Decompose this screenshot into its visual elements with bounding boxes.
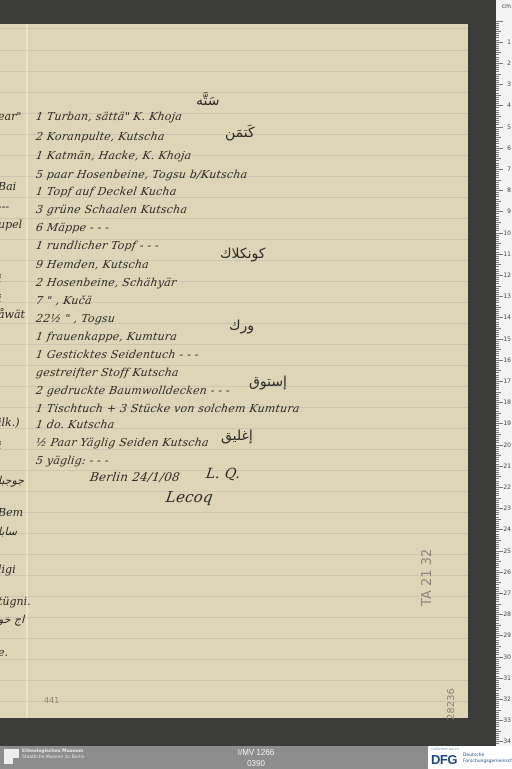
ruler-tick	[496, 52, 501, 53]
ruler-tick	[496, 517, 499, 518]
ruler-number: 27	[503, 590, 511, 597]
ruler-number: 11	[503, 251, 511, 258]
inventory-line: 1 Tischtuch + 3 Stücke von solchem Kumtu…	[35, 402, 300, 415]
ruler-tick	[496, 606, 499, 607]
ruler-tick	[496, 485, 499, 486]
ruler-tick	[496, 296, 503, 297]
ruler-tick	[496, 657, 503, 658]
ruler-tick	[496, 527, 499, 528]
ruler-tick	[496, 451, 499, 452]
ruler-tick	[496, 368, 499, 369]
ruler-tick	[496, 313, 499, 314]
pencil-page-number: 441	[44, 696, 59, 705]
ruler-tick	[496, 589, 499, 590]
ruler-tick	[496, 160, 499, 161]
ruler-tick	[496, 635, 503, 636]
ruler-number: 17	[503, 378, 511, 385]
ruler-tick	[496, 743, 499, 744]
ruler-tick	[496, 247, 499, 248]
ruler-tick	[496, 423, 503, 424]
ruler-tick	[496, 739, 499, 740]
ruler-tick	[496, 705, 499, 706]
ruler-tick	[496, 264, 501, 265]
ruler-tick	[496, 436, 499, 437]
ruler-tick	[496, 735, 499, 736]
ruler-tick	[496, 697, 499, 698]
ruler-tick	[496, 286, 501, 287]
ruler-tick	[496, 425, 499, 426]
ruler-tick	[496, 324, 499, 325]
ruler-tick	[496, 355, 499, 356]
funder-label: Gefördert durch	[431, 747, 459, 751]
ruler-tick	[496, 506, 499, 507]
inventory-line: 6 Mäppe - - -	[35, 221, 110, 234]
ruler-tick	[496, 726, 499, 727]
ruler-tick	[496, 620, 499, 621]
ruler-tick	[496, 207, 499, 208]
ruler-tick	[496, 127, 503, 128]
ruler-tick	[496, 129, 499, 130]
ruler-tick	[496, 415, 499, 416]
ruler-number: 34	[503, 738, 511, 745]
ruler-number: 18	[503, 399, 511, 406]
ruler-tick	[496, 413, 501, 414]
ruler-tick	[496, 345, 499, 346]
ruler-tick	[496, 328, 501, 329]
ruler-tick	[496, 194, 499, 195]
ruler-tick	[496, 504, 499, 505]
left-margin-fragment: i	[0, 292, 2, 305]
ruler-tick	[496, 277, 499, 278]
ruler-tick	[496, 733, 499, 734]
ruler-tick	[496, 230, 499, 231]
ruler-number: 12	[503, 272, 511, 279]
ruler-tick	[496, 442, 499, 443]
ruler-tick	[496, 358, 499, 359]
ruler-tick	[496, 633, 499, 634]
ruler-tick	[496, 604, 501, 605]
ruler-tick	[496, 525, 499, 526]
ruler-tick	[496, 718, 499, 719]
ruler-unit-label: cm	[502, 3, 511, 10]
ruler-tick	[496, 468, 499, 469]
ruler-tick	[496, 731, 501, 732]
left-margin-fragment: ligi	[0, 563, 16, 576]
ruler-tick	[496, 608, 499, 609]
ruler-tick	[496, 112, 499, 113]
ruler-tick	[496, 334, 499, 335]
ruler-tick	[496, 453, 499, 454]
ruler-tick	[496, 288, 499, 289]
museum-logo-icon	[4, 749, 19, 764]
pencil-reference: TA 21 32	[420, 549, 435, 606]
ruler-tick	[496, 631, 499, 632]
document-page: ear"Bai---upeliiåwätilk.)iجوجباBemساباli…	[0, 24, 468, 718]
ruler-tick	[496, 419, 499, 420]
ruler-number: 19	[503, 420, 511, 427]
ruler-tick	[496, 317, 503, 318]
ruler-tick	[496, 661, 499, 662]
ruler-tick	[496, 82, 499, 83]
ruler-tick	[496, 667, 501, 668]
ruler-tick	[496, 665, 499, 666]
ruler-tick	[496, 182, 499, 183]
ruler-tick	[496, 699, 503, 700]
ruler-tick	[496, 309, 499, 310]
ruler-tick	[496, 336, 499, 337]
ruler-number: 6	[507, 145, 511, 152]
ruler-tick	[496, 597, 499, 598]
inventory-line: 2 Koranpulte, Kutscha	[35, 130, 165, 143]
left-margin-fragment: tügni.	[0, 595, 31, 608]
ruler-tick	[496, 31, 501, 32]
arabic-label: كَتمَن	[225, 125, 255, 141]
ruler-tick	[496, 59, 499, 60]
ruler-tick	[496, 523, 499, 524]
ruler-tick	[496, 720, 503, 721]
ruler-tick	[496, 557, 499, 558]
ruler-tick	[496, 417, 499, 418]
ruler-number: 26	[503, 569, 511, 576]
image-number: 0390	[200, 758, 312, 769]
ruler-tick	[496, 205, 499, 206]
ruler-number: 31	[503, 675, 511, 682]
ruler-tick	[496, 294, 499, 295]
ruler-tick	[496, 584, 499, 585]
ruler-tick	[496, 199, 499, 200]
ruler-tick	[496, 139, 499, 140]
signature-initials: L. Q.	[205, 466, 242, 482]
ruler-tick	[496, 438, 499, 439]
arabic-label: إغليق	[221, 428, 253, 444]
ruler-tick	[496, 476, 501, 477]
ruler-tick	[496, 688, 501, 689]
left-margin-fragment: i	[0, 439, 2, 452]
ruler-tick	[496, 629, 499, 630]
ruler-tick	[496, 46, 499, 47]
ruler-tick	[496, 722, 499, 723]
inventory-line: 2 gedruckte Baumwolldecken - - -	[35, 384, 231, 397]
ruler-tick	[496, 684, 499, 685]
ruler-tick	[496, 76, 499, 77]
ruler-tick	[496, 216, 499, 217]
ruler-tick	[496, 65, 499, 66]
footer-bar: Ethnologisches Museum Staatliche Museen …	[0, 746, 512, 769]
ruler-tick	[496, 37, 499, 38]
ruler-tick	[496, 156, 499, 157]
ruler-tick	[496, 440, 499, 441]
arabic-label: إستوق	[249, 374, 287, 390]
ruler-tick	[496, 703, 499, 704]
ruler-tick	[496, 175, 499, 176]
ruler-tick	[496, 118, 499, 119]
ruler-tick	[496, 353, 499, 354]
ruler-tick	[496, 239, 499, 240]
inventory-line: ½ Paar Yäglig Seiden Kutscha	[35, 436, 210, 449]
ruler-tick	[496, 625, 501, 626]
ruler-tick	[496, 61, 499, 62]
ruler-tick	[496, 201, 501, 202]
ruler-tick	[496, 258, 499, 259]
ruler-tick	[496, 116, 501, 117]
ruler-tick	[496, 71, 499, 72]
ruler-tick	[496, 326, 499, 327]
left-margin-fragment: اج خو	[0, 613, 24, 626]
ruler-tick	[496, 110, 499, 111]
ruler-tick	[496, 430, 499, 431]
ruler-tick	[496, 538, 499, 539]
ruler-tick	[496, 120, 499, 121]
ruler-tick	[496, 222, 501, 223]
inventory-line: 1 frauenkappe, Kumtura	[35, 330, 178, 343]
funder-name: Deutsche Forschungsgemeinschaft	[463, 753, 512, 764]
ruler-tick	[496, 544, 499, 545]
ruler-tick	[496, 693, 499, 694]
pencil-inventory-number: 28236	[446, 688, 457, 720]
ruler-tick	[496, 360, 503, 361]
ruler-tick	[496, 54, 499, 55]
museum-credit: Ethnologisches Museum Staatliche Museen …	[22, 749, 85, 761]
museum-subtitle: Staatliche Museen zu Berlin	[22, 755, 85, 761]
ruler-tick	[496, 627, 499, 628]
ruler-tick	[496, 534, 499, 535]
ruler-tick	[496, 411, 499, 412]
ruler-tick	[496, 553, 499, 554]
ruler-number: 32	[503, 696, 511, 703]
ruler-tick	[496, 642, 499, 643]
ruler-tick	[496, 389, 499, 390]
ruler-tick	[496, 500, 499, 501]
ruler-tick	[496, 366, 499, 367]
ruler-tick	[496, 235, 499, 236]
ruler-tick	[496, 343, 499, 344]
ruler-tick	[496, 254, 503, 255]
ruler-tick	[496, 673, 499, 674]
ruler-tick	[496, 646, 501, 647]
ruler-tick	[496, 616, 499, 617]
left-margin-fragment: ear"	[0, 110, 21, 123]
ruler-number: 29	[503, 632, 511, 639]
ruler-tick	[496, 455, 501, 456]
ruler-tick	[496, 97, 499, 98]
ruler-tick	[496, 319, 499, 320]
ruler-tick	[496, 489, 499, 490]
ruler-tick	[496, 531, 499, 532]
ruler-tick	[496, 302, 499, 303]
ruler-tick	[496, 400, 499, 401]
ruler-tick	[496, 292, 499, 293]
ruler-tick	[496, 710, 501, 711]
ruler-tick	[496, 152, 499, 153]
ruler-tick	[496, 90, 499, 91]
ruler-tick	[496, 421, 499, 422]
ruler-tick	[496, 23, 499, 24]
ruler-tick	[496, 663, 499, 664]
ruler-tick	[496, 186, 499, 187]
ruler-tick	[496, 680, 499, 681]
ruler-tick	[496, 135, 499, 136]
ruler-tick	[496, 305, 499, 306]
ruler-tick	[496, 487, 503, 488]
ruler-tick	[496, 379, 499, 380]
ruler-tick	[496, 737, 499, 738]
ruler-tick	[496, 74, 501, 75]
ruler-tick	[496, 351, 499, 352]
ruler-tick	[496, 114, 499, 115]
ruler-tick	[496, 63, 503, 64]
ruler-tick	[496, 404, 499, 405]
ruler-tick	[496, 572, 503, 573]
ruler-tick	[496, 315, 499, 316]
ruler-tick	[496, 678, 503, 679]
ruler-tick	[496, 86, 499, 87]
ruler-tick	[496, 741, 503, 742]
ruler-tick	[496, 241, 499, 242]
ruler-tick	[496, 654, 499, 655]
ruler-tick	[496, 48, 499, 49]
ruler-tick	[496, 237, 499, 238]
ruler-tick	[496, 449, 499, 450]
ruler-tick	[496, 447, 499, 448]
ruler-tick	[496, 548, 499, 549]
ruler-tick	[496, 228, 499, 229]
ruler-tick	[496, 593, 503, 594]
ruler-tick	[496, 464, 499, 465]
inventory-line: 1 Turban, sättä" K. Khoja	[35, 110, 183, 123]
ruler-tick	[496, 676, 499, 677]
inventory-number: I/MV 1266	[200, 747, 312, 758]
ruler-number: 10	[503, 230, 511, 237]
ruler-tick	[496, 349, 501, 350]
ruler-tick	[496, 614, 503, 615]
ruler-tick	[496, 582, 501, 583]
dfg-logo-icon: DFG	[431, 752, 457, 767]
ruler-tick	[496, 512, 499, 513]
ruler-tick	[496, 561, 501, 562]
ruler-tick	[496, 218, 499, 219]
ruler-tick	[496, 392, 501, 393]
ruler-tick	[496, 542, 499, 543]
ruler-tick	[496, 25, 499, 26]
ruler-tick	[496, 21, 503, 22]
ruler-tick	[496, 220, 499, 221]
ruler-number: 4	[507, 102, 511, 109]
ruler-tick	[496, 406, 499, 407]
ruler-tick	[496, 364, 499, 365]
ruler-number: 21	[503, 463, 511, 470]
ruler-tick	[496, 478, 499, 479]
ruler-tick	[496, 529, 503, 530]
ruler-tick	[496, 163, 499, 164]
ruler-tick	[496, 445, 503, 446]
ruler-tick	[496, 377, 499, 378]
ruler-tick	[496, 375, 499, 376]
inventory-line: 2 Hosenbeine, Schähyär	[35, 276, 177, 289]
ruler-tick	[496, 196, 499, 197]
ruler-number: 33	[503, 717, 511, 724]
ruler-tick	[496, 133, 499, 134]
inventory-line: 1 do. Kutscha	[35, 418, 115, 431]
ruler-tick	[496, 610, 499, 611]
ruler-tick	[496, 107, 499, 108]
ruler-tick	[496, 283, 499, 284]
scan-background: ear"Bai---upeliiåwätilk.)iجوجباBemساباli…	[0, 0, 496, 746]
ruler-tick	[496, 211, 503, 212]
left-margin-fragment: ---	[0, 200, 9, 213]
ruler-number: 24	[503, 526, 511, 533]
left-margin-fragment: e.	[0, 646, 8, 659]
signature-place-date: Berlin 24/1/08	[89, 470, 181, 484]
ruler-tick	[496, 396, 499, 397]
ruler-tick	[496, 555, 499, 556]
ruler-tick	[496, 570, 499, 571]
ruler-tick	[496, 669, 499, 670]
ruler-tick	[496, 290, 499, 291]
ruler-tick	[496, 466, 503, 467]
arabic-label: ورك	[229, 318, 254, 334]
ruler-tick	[496, 243, 501, 244]
image-identifier: I/MV 1266 0390	[200, 747, 312, 769]
ruler-tick	[496, 40, 499, 41]
ruler-tick	[496, 203, 499, 204]
ruler-tick	[496, 637, 499, 638]
ruler-tick	[496, 146, 499, 147]
ruler-tick	[496, 483, 499, 484]
ruler-tick	[496, 141, 499, 142]
ruler-tick	[496, 171, 499, 172]
ruler-tick	[496, 457, 499, 458]
ruler-tick	[496, 27, 499, 28]
ruler-tick	[496, 383, 499, 384]
ruler-tick	[496, 707, 499, 708]
ruler-tick	[496, 618, 499, 619]
ruler-tick	[496, 671, 499, 672]
ruler-tick	[496, 122, 499, 123]
ruler-number: 25	[503, 548, 511, 555]
ruler-tick	[496, 249, 499, 250]
ruler-tick	[496, 330, 499, 331]
ruler-tick	[496, 714, 499, 715]
ruler-tick	[496, 347, 499, 348]
inventory-line: 1 Topf auf Deckel Kucha	[35, 185, 177, 198]
ruler-tick	[496, 536, 499, 537]
left-margin-fragment: جوجبا	[0, 474, 24, 487]
ruler-number: 8	[507, 187, 511, 194]
ruler-tick	[496, 269, 499, 270]
ruler-tick	[496, 50, 499, 51]
inventory-line: 5 paar Hosenbeine, Togsu b/Kutscha	[35, 168, 248, 181]
ruler-tick	[496, 599, 499, 600]
ruler-tick	[496, 158, 501, 159]
ruler-tick	[496, 341, 499, 342]
ruler-tick	[496, 648, 499, 649]
ruler-tick	[496, 311, 499, 312]
ruler-tick	[496, 332, 499, 333]
ruler-number: 2	[507, 60, 511, 67]
ruler-tick	[496, 578, 499, 579]
ruler-tick	[496, 99, 499, 100]
ruler-tick	[496, 601, 499, 602]
ruler-tick	[496, 256, 499, 257]
ruler-tick	[496, 167, 499, 168]
ruler-tick	[496, 226, 499, 227]
ruler-tick	[496, 587, 499, 588]
ruler-tick	[496, 712, 499, 713]
left-margin-fragment: سابا	[0, 525, 17, 538]
ruler-tick	[496, 402, 503, 403]
ruler-tick	[496, 131, 499, 132]
ruler-tick	[496, 514, 499, 515]
